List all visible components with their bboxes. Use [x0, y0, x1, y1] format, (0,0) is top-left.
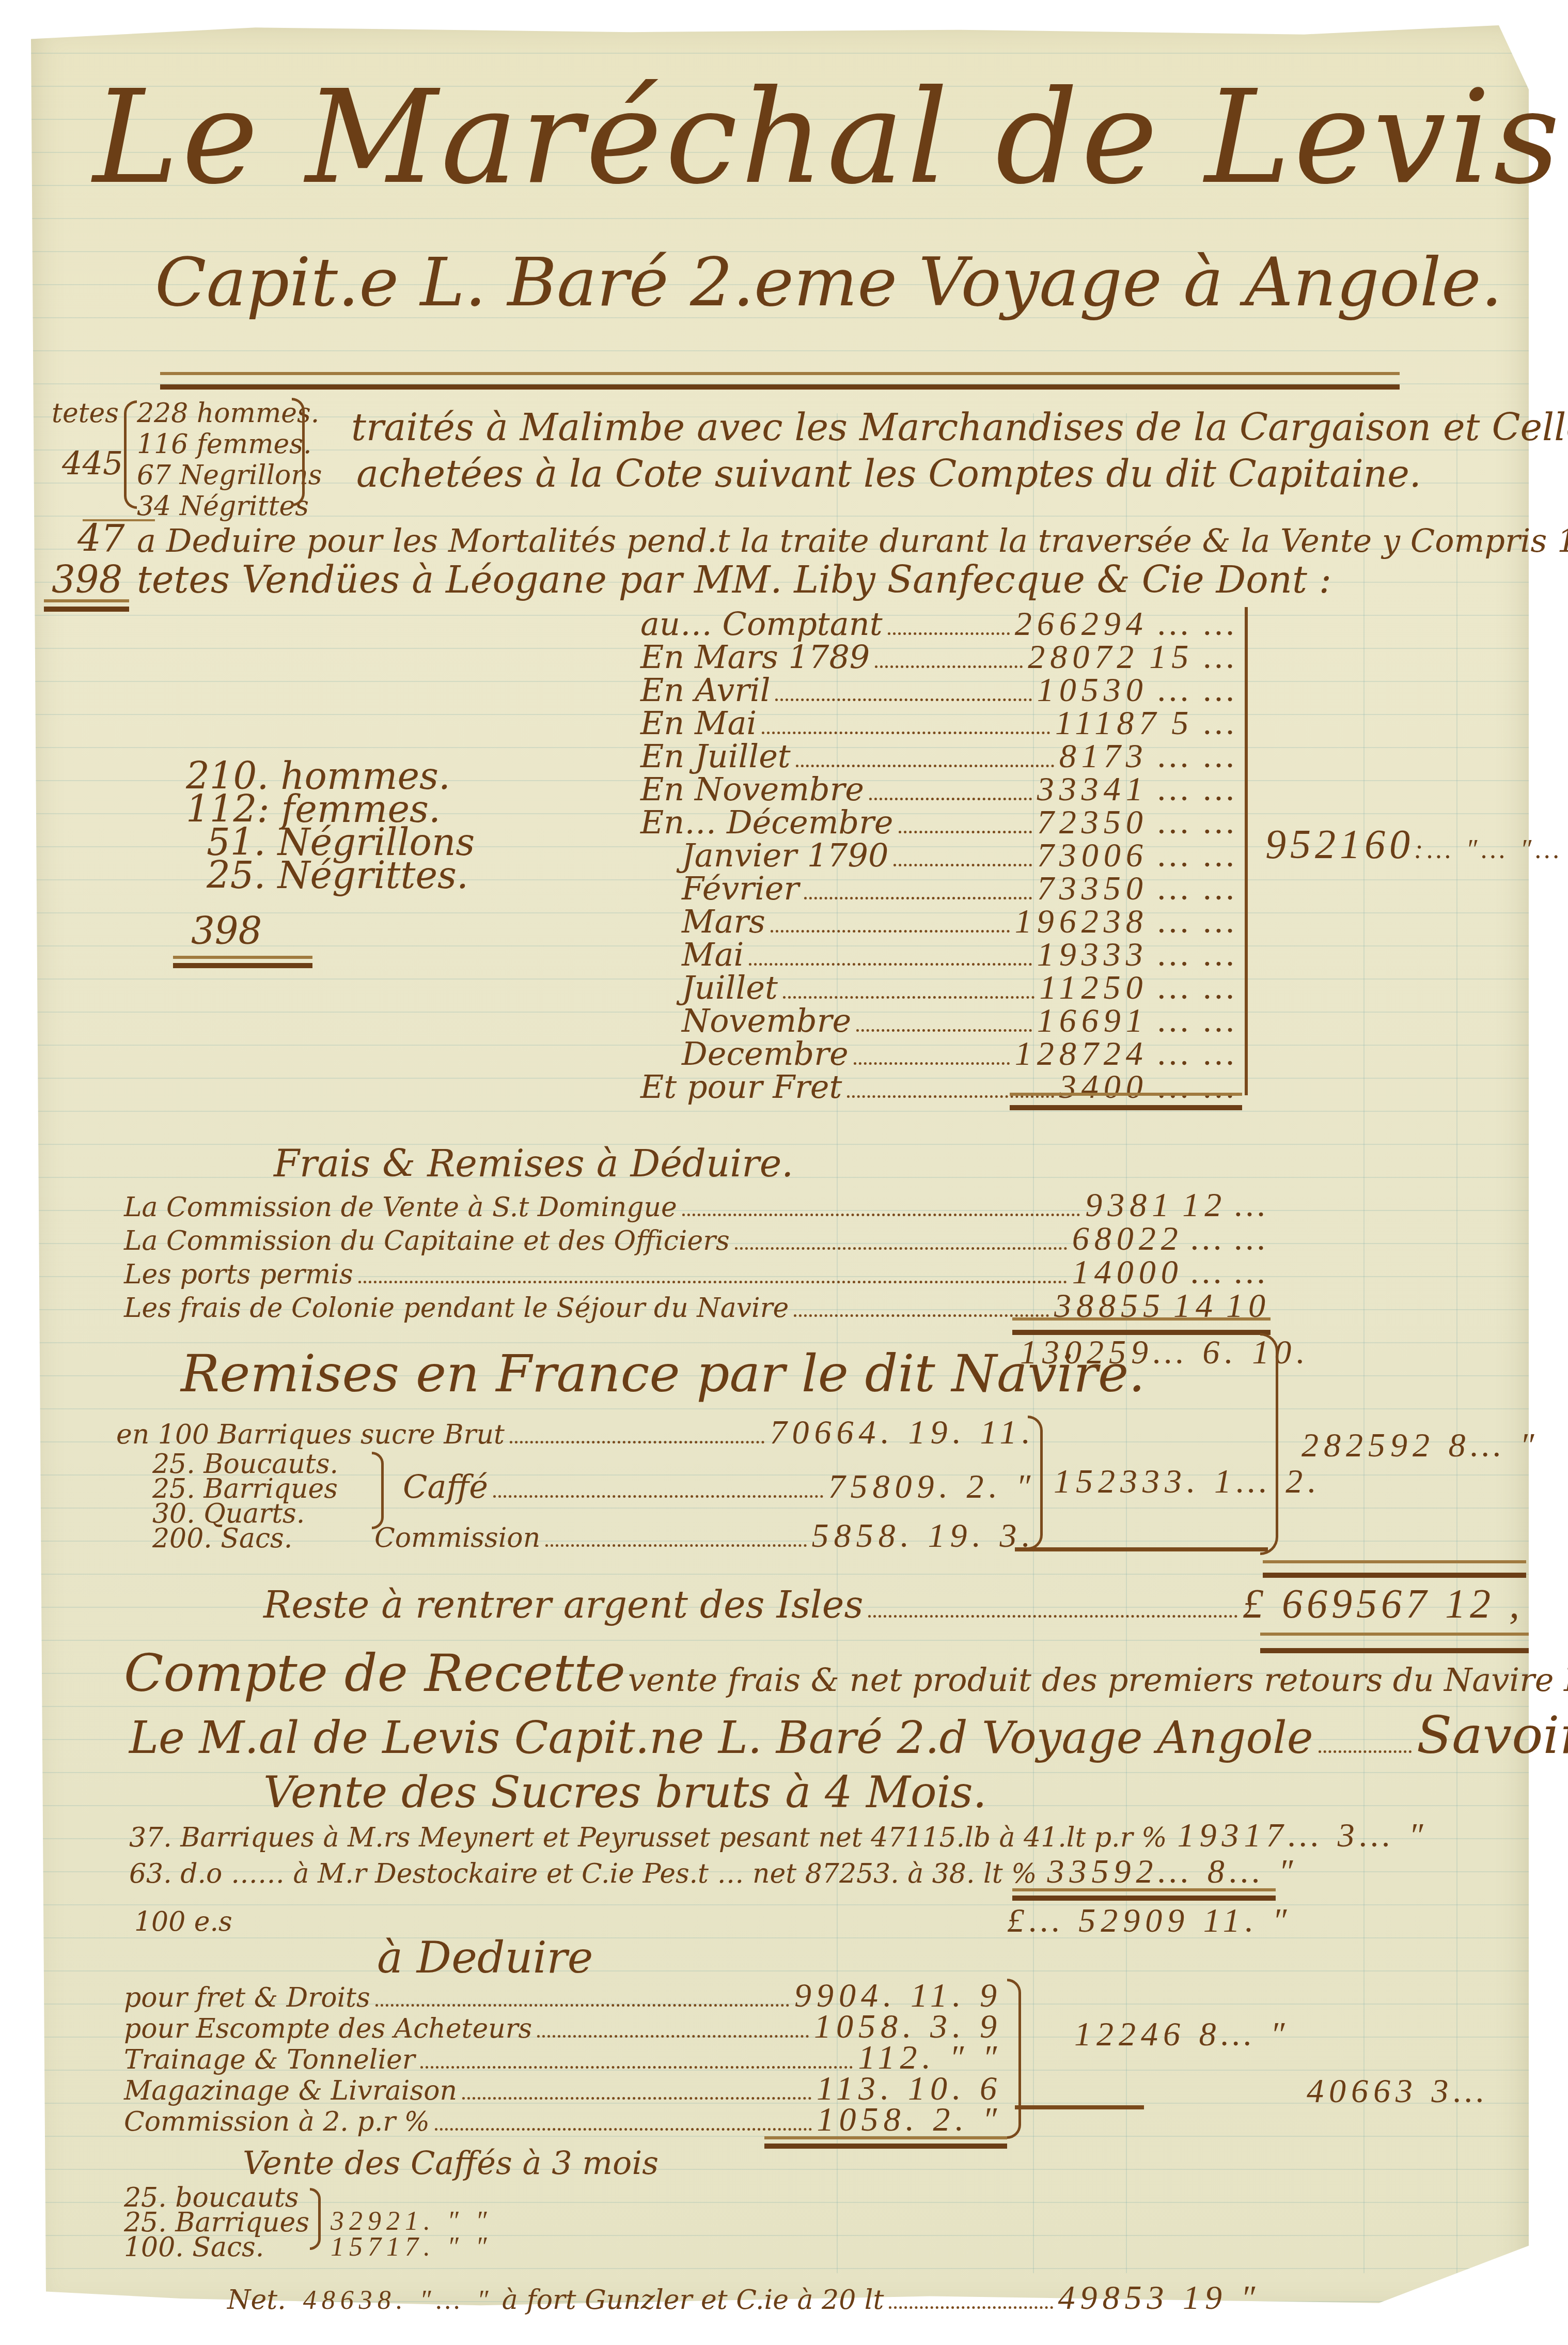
- fee-label: Les frais de Colonie pendant le Séjour d…: [124, 1293, 789, 1324]
- fee-label: Les ports permis: [124, 1259, 353, 1290]
- column-rule: [1456, 413, 1457, 2273]
- coffee-sale-row: 100. Sacs.: [124, 2235, 309, 2260]
- subtotal-rule: [1015, 1547, 1268, 1551]
- grand-total-rule: [1263, 1560, 1526, 1578]
- remittance-row: 25. Boucauts.: [152, 1452, 338, 1477]
- sold-count-rule: [44, 599, 129, 612]
- remittances-heading: Remises en France par le dit Navire.: [181, 1343, 1145, 1404]
- payments-bracket: [1245, 607, 1248, 1095]
- deduct-total: 12246 8… ″: [1074, 2015, 1290, 2054]
- grand-total-bracket: [1260, 1333, 1278, 1555]
- column-rule: [1363, 413, 1365, 2273]
- sold-breakdown-total: 398: [191, 909, 262, 953]
- payments-total-rule: [1010, 1093, 1242, 1110]
- sugar-total: £… 52909 11. ″: [1007, 1901, 1292, 1940]
- deduct-bracket: [1007, 1979, 1021, 2139]
- remittance-row: 25. Barriques: [152, 1477, 338, 1501]
- deduction-text: a Deduire pour les Mortalités pend.t la …: [137, 522, 1568, 560]
- remittance-row: en 100 Barriques sucre Brut70664. 19. 11…: [116, 1413, 1036, 1452]
- remittance-row: 30. Quarts.: [152, 1501, 338, 1526]
- purchase-line-2: achetées à la Cote suivant les Comptes d…: [356, 452, 1421, 495]
- coffee-sale-row: 25. Barriques: [124, 2210, 309, 2235]
- deduct-total-rule: [1015, 2105, 1144, 2109]
- coffee-sale-bracket: [310, 2188, 321, 2250]
- fees-heading: Frais & Remises à Déduire.: [274, 1142, 793, 1185]
- remittance-row: 200. Sacs.: [152, 1526, 338, 1551]
- sold-breakdown-total-rule: [173, 956, 312, 968]
- purchase-left-total: 445: [62, 444, 123, 482]
- fees-total-rule: [1012, 1317, 1271, 1335]
- deduction-count: 47: [77, 517, 125, 560]
- sugar-total-rule: [1012, 1888, 1276, 1901]
- commission-remittance: Commission5858. 19. 3.: [374, 1516, 1036, 1556]
- purchase-line-1: traités à Malimbe avec les Marchandises …: [351, 406, 1568, 449]
- receipt-heading: Compte de Recette vente frais & net prod…: [124, 1643, 1568, 1703]
- sold-count: 398: [52, 558, 122, 601]
- deduct-amount: 1058. 2. ″: [817, 2100, 1002, 2139]
- page-subtitle: Capit.e L. Baré 2.eme Voyage à Angole.: [155, 243, 1502, 321]
- fee-label: La Commission du Capitaine et des Offici…: [124, 1225, 730, 1256]
- coffee-sale-row: 25. boucauts: [124, 2185, 309, 2210]
- purchase-bracket: [124, 400, 137, 509]
- deduct-rule: [764, 2136, 1007, 2149]
- coffee-amount: 15717. ″ ″: [331, 2232, 492, 2262]
- remittance-bracket: [1028, 1416, 1043, 1550]
- remittances-grand-total: 282592 8… ″: [1302, 1426, 1539, 1465]
- payments-total: 952160:… ″… ″…: [1265, 821, 1563, 868]
- sugar-sale-row: 37. Barriques à M.rs Meynert et Peyrusse…: [129, 1816, 1286, 1855]
- coffee-net-row: Net. 48638. ″… ″ à fort Gunzler et C.ie …: [227, 2278, 1260, 2318]
- sugar-count-total: 100 e.s: [134, 1906, 232, 1937]
- deduct-label: Commission à 2. p.r %: [124, 2106, 430, 2137]
- sugar-heading: Vente des Sucres bruts à 4 Mois.: [263, 1767, 986, 1818]
- net-sugar-total: 40663 3…: [1307, 2072, 1489, 2111]
- fee-label: La Commission de Vente à S.t Domingue: [124, 1192, 677, 1223]
- remaining-row: Reste à rentrer argent des Isles£ 669567…: [263, 1581, 1524, 1628]
- coffee-shipment-list: 25. Boucauts. 25. Barriques 30. Quarts. …: [152, 1452, 338, 1551]
- deduct-row: Commission à 2. p.r %1058. 2. ″: [124, 2100, 1002, 2139]
- sold-group: 25. Négrittes.: [186, 859, 475, 892]
- page-title: Le Maréchal de Levis: [93, 62, 1563, 212]
- sold-text: tetes Vendües à Léogane par MM. Liby San…: [137, 558, 1331, 601]
- coffee-sale-list: 25. boucauts 25. Barriques 100. Sacs.: [124, 2185, 309, 2260]
- payment-label: Et pour Fret: [640, 1068, 842, 1106]
- purchase-left-label: tetes: [52, 398, 119, 429]
- deduct-heading: à Deduire: [377, 1932, 593, 1983]
- receipt-subheading: Le M.al de Levis Capit.ne L. Baré 2.d Vo…: [129, 1705, 1513, 1765]
- coffee-remittance: Caffé75809. 2. ″: [403, 1467, 1036, 1507]
- title-rule: [160, 372, 1400, 390]
- purchase-bracket-right: [292, 398, 305, 506]
- remittances-subtotal: 152333. 1… 2.: [1054, 1462, 1322, 1501]
- sugar-sale-row: 63. d.o …… à M.r Destockaire et C.ie Pes…: [129, 1852, 1286, 1891]
- coffee-heading: Vente des Caffés à 3 mois: [243, 2144, 658, 2182]
- sold-breakdown: 210. hommes. 112: femmes. 51. Négrillons…: [186, 759, 475, 892]
